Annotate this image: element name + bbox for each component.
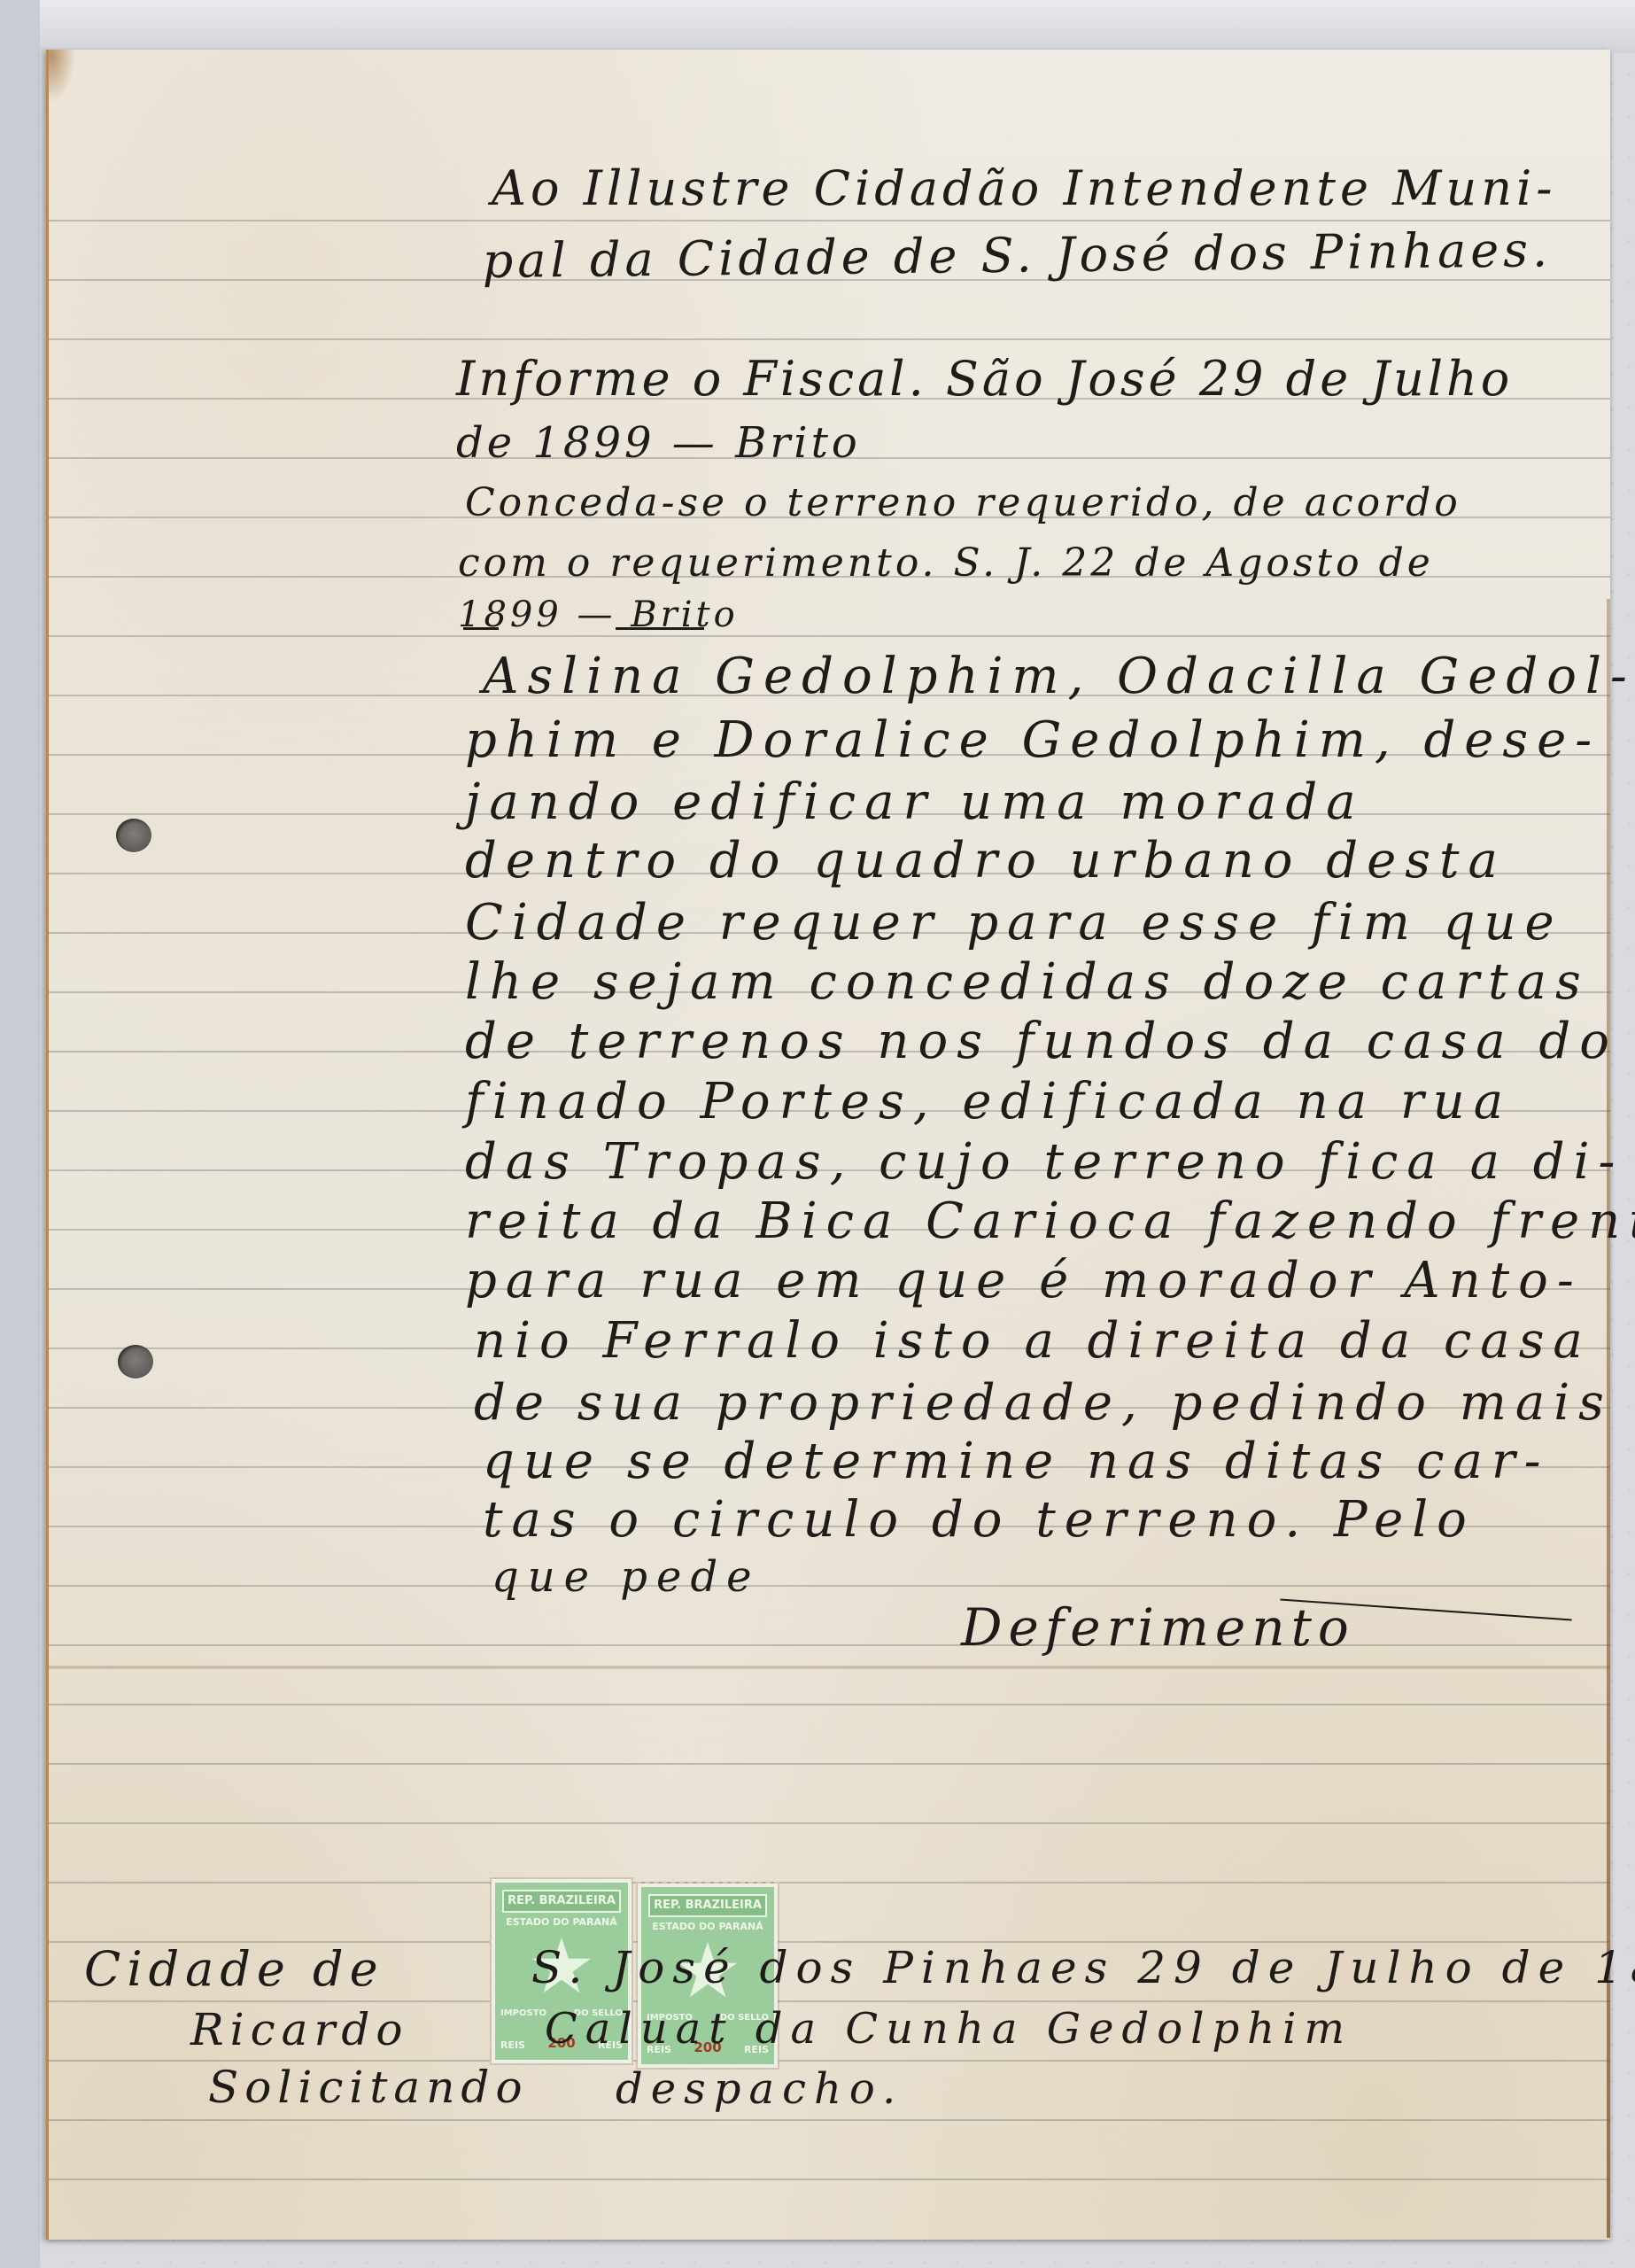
footer-margin-line-3: Solicitando — [208, 2065, 529, 2109]
rule-line — [49, 1763, 1610, 1765]
body-line-11: para rua em que é morador Anto- — [465, 1256, 1583, 1306]
body-line-7: de terrenos nos fundos da casa do — [465, 1017, 1618, 1067]
fold-crease — [49, 1666, 1610, 1669]
body-line-3: jando edificar uma morada — [465, 778, 1365, 827]
strike-through-year — [463, 627, 499, 630]
stamp-header: REP. BRAZILEIRA — [648, 1894, 767, 1917]
dispatch-2-line-1: Conceda-se o terreno requerido, de acord… — [465, 484, 1461, 523]
footer-line-3: despacho. — [616, 2068, 903, 2110]
rule-line — [49, 1644, 1610, 1646]
body-line-2: phim e Doralice Gedolphim, dese- — [465, 716, 1600, 765]
rule-line — [49, 2179, 1610, 2180]
body-line-10: reita da Bica Carioca fazendo frente — [465, 1197, 1635, 1247]
body-line-16: que pede — [492, 1556, 761, 1598]
document-page: Ao Illustre Cidadão Intendente Muni- pal… — [46, 50, 1610, 2240]
address-line-2: pal da Cidade de S. José dos Pinhaes. — [482, 226, 1552, 285]
closing-deferimento: Deferimento — [961, 1602, 1355, 1653]
footer-margin-line-2: Ricardo — [190, 2008, 408, 2052]
punch-hole-top — [116, 819, 151, 852]
footer-line-2: Caluat da Cunha Gedolphim — [545, 2008, 1352, 2050]
dispatch-1-line-1: Informe o Fiscal. São José 29 de Julho — [456, 355, 1513, 403]
body-line-15: tas o circulo do terreno. Pelo — [483, 1495, 1476, 1545]
footer-line-1: S. José dos Pinhaes 29 de Julho de 1899 — [531, 1946, 1635, 1990]
body-line-1: Aslina Gedolphim, Odacilla Gedol- — [483, 652, 1635, 702]
background-under-sheet — [0, 0, 1635, 53]
body-line-6: lhe sejam concedidas doze cartas — [465, 958, 1590, 1007]
rule-line — [49, 2000, 1610, 2002]
address-line-1: Ao Illustre Cidadão Intendente Muni- — [492, 165, 1557, 213]
rule-line — [49, 1704, 1610, 1705]
punch-hole-bottom — [118, 1345, 153, 1379]
strike-through-signature — [616, 627, 704, 630]
dispatch-1-line-2: de 1899 — Brito — [456, 422, 861, 464]
body-line-12: nio Ferralo isto a direita da casa — [474, 1317, 1592, 1366]
rule-line — [49, 1822, 1610, 1824]
body-line-8: finado Portes, edificada na rua — [465, 1077, 1512, 1127]
body-line-13: de sua propriedade, pedindo mais — [474, 1379, 1613, 1428]
body-line-4: dentro do quadro urbano desta — [465, 836, 1507, 886]
body-line-5: Cidade requer para esse fim que — [465, 898, 1563, 948]
rule-line — [49, 338, 1610, 340]
footer-margin-line-1: Cidade de — [84, 1946, 384, 1993]
background-under-sheet-left — [0, 0, 40, 2268]
rule-line — [49, 2119, 1610, 2121]
rule-line — [49, 635, 1610, 637]
rule-line — [49, 220, 1610, 221]
stamp-currency-left: REIS — [500, 2039, 525, 2051]
body-line-14: que se determine nas ditas car- — [483, 1437, 1550, 1487]
dispatch-2-line-2: com o requerimento. S. J. 22 de Agosto d… — [458, 544, 1434, 583]
rule-line — [49, 1882, 1610, 1884]
stamp-tax-left: IMPOSTO — [500, 2008, 546, 2018]
rule-line — [49, 1585, 1610, 1587]
body-line-9: das Tropas, cujo terreno fica a di- — [465, 1138, 1623, 1187]
stamp-header: REP. BRAZILEIRA — [502, 1890, 621, 1913]
